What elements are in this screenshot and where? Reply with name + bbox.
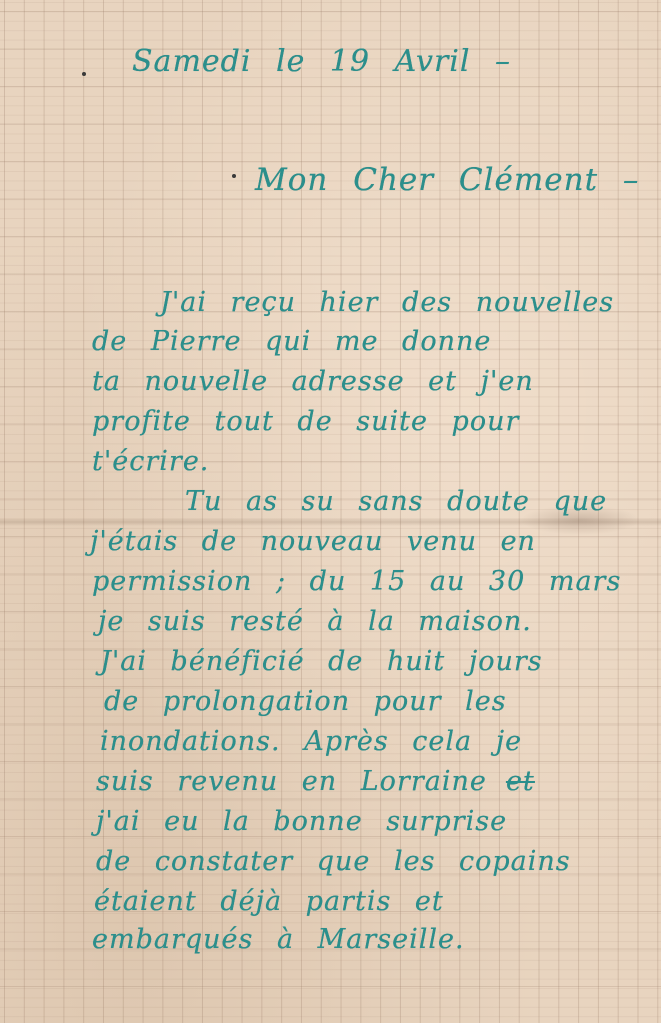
body-line: de prolongation pour les xyxy=(104,686,507,717)
body-line: inondations. Après cela je xyxy=(100,726,522,757)
body-line: de constater que les copains xyxy=(96,846,571,877)
body-line: j'ai eu la bonne surprise xyxy=(96,806,507,837)
body-line: j'étais de nouveau venu en xyxy=(90,526,536,557)
body-line: suis revenu en Lorraine xyxy=(96,766,487,797)
body-line: J'ai reçu hier des nouvelles xyxy=(160,287,614,318)
body-line: profite tout de suite pour xyxy=(92,406,519,437)
body-line: t'écrire. xyxy=(92,446,209,477)
salutation: Mon Cher Clément – xyxy=(255,162,639,198)
body-line: ta nouvelle adresse et j'en xyxy=(92,366,534,397)
body-line: permission ; du 15 au 30 mars xyxy=(92,566,621,597)
letter-page: Samedi le 19 Avril – Mon Cher Clément – … xyxy=(0,0,661,1023)
body-line-with-strike: suis revenu en Lorraine et xyxy=(96,766,535,797)
date-line: Samedi le 19 Avril – xyxy=(132,44,511,79)
body-line: de Pierre qui me donne xyxy=(92,326,491,357)
body-line: Tu as su sans doute que xyxy=(185,486,607,517)
body-line: étaient déjà partis et xyxy=(94,886,444,917)
struck-word: et xyxy=(506,766,535,797)
body-line: J'ai bénéficié de huit jours xyxy=(100,646,543,677)
ink-dot xyxy=(82,72,86,76)
body-line: je suis resté à la maison. xyxy=(98,606,532,637)
body-line: embarqués à Marseille. xyxy=(92,924,465,955)
ink-dot xyxy=(232,174,236,178)
